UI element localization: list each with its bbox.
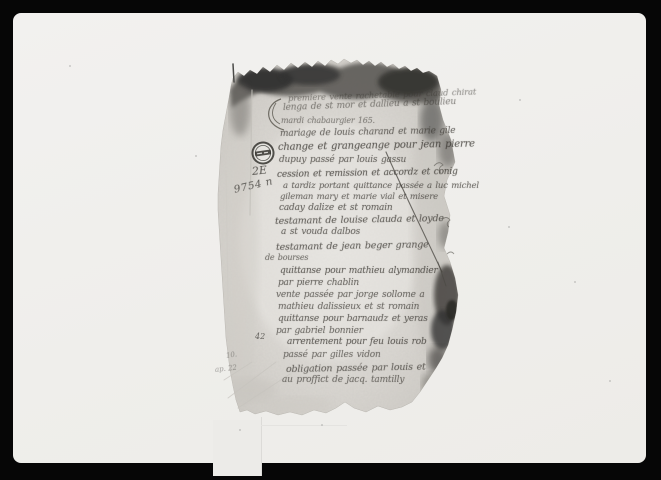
handwriting-line: dupuy passé par louis gassu — [279, 155, 406, 165]
handwriting-line: vente passée par jorge sollome a — [276, 290, 425, 300]
handwriting-line: mathieu dalissieux et st romain — [278, 302, 419, 312]
handwriting-line: par gabriel bonnier — [276, 326, 363, 336]
handwriting-line: change et grangeange pour jean pierre — [278, 139, 475, 153]
handwriting-line: gileman mary et marie vial et misere — [280, 192, 438, 202]
handwriting-layer: premiere vente rachetable pour claud chi… — [0, 0, 661, 480]
handwriting-line: par pierre chablin — [278, 278, 359, 288]
handwriting-line: mariage de louis charand et marie gile — [280, 126, 456, 139]
handwriting-line: passé par gilles vidon — [283, 350, 381, 360]
margin-pencil-mark: 10. — [225, 350, 237, 359]
handwriting-line: cession et remission et accordz et conig — [277, 167, 458, 180]
margin-pencil-mark: ap. 22 — [215, 364, 238, 374]
handwriting-line: mardi chabaurgier 165. — [281, 116, 375, 125]
handwriting-line: a tardiz portant quittance passée a luc … — [283, 181, 479, 191]
handwriting-line: testamant de louise clauda et loyde — [275, 213, 444, 227]
handwriting-line: arrentement pour feu louis rob — [287, 337, 427, 347]
archive-cote-number: 9754 n — [233, 175, 275, 196]
handwriting-line: de bourses — [265, 253, 308, 262]
handwriting-line: quittanse pour mathieu alymandier — [280, 266, 438, 276]
scanned-document-view: premiere vente rachetable pour claud chi… — [0, 0, 661, 480]
margin-number: 42 — [255, 332, 265, 341]
handwriting-line: obligation passée par louis et — [286, 362, 426, 375]
handwriting-line: quittanse pour barnaudz et yeras — [278, 314, 428, 324]
handwriting-line: testamant de jean beger grange — [276, 239, 429, 253]
handwriting-line: au proffict de jacq. tamtilly — [282, 375, 404, 385]
handwriting-line: caday dalize et st romain — [279, 203, 393, 213]
handwriting-line: a st vouda dalbos — [281, 227, 360, 237]
